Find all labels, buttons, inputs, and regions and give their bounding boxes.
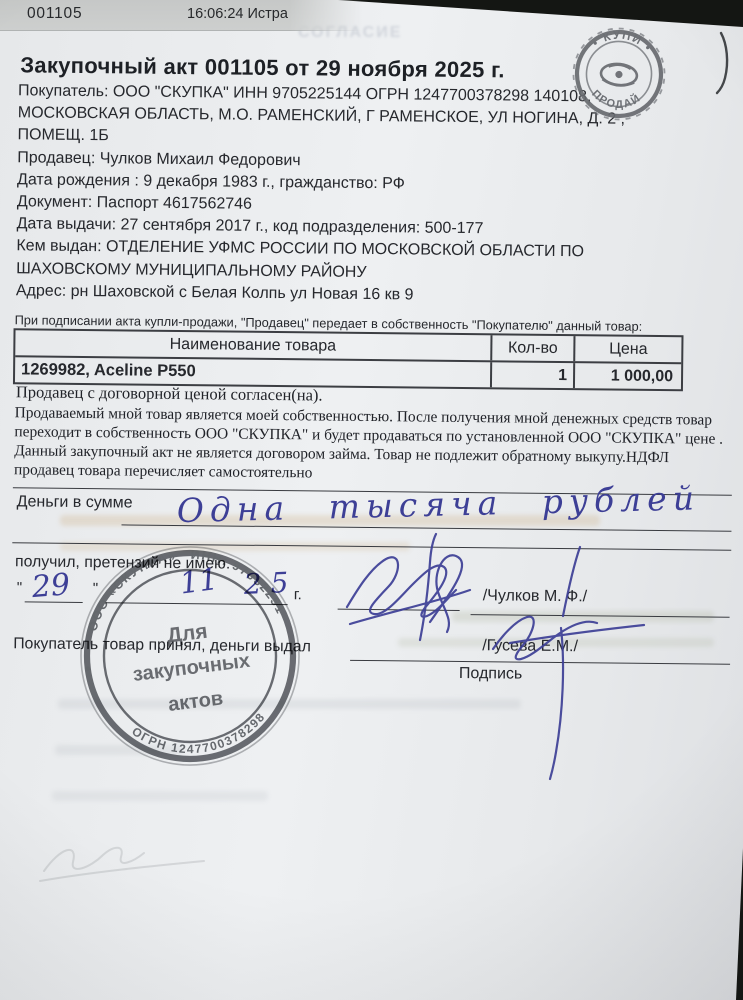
stamp-center-line1: Для	[166, 620, 209, 648]
cell-item-qty: 1	[490, 362, 573, 388]
kupi-prodai-logo-icon: • КУПИ • ПРОДАЙ	[567, 22, 670, 125]
stamp-center-line2: закупочных	[132, 650, 251, 686]
signature-caption: Подпись	[459, 665, 523, 684]
header-name: Наименование товара	[15, 330, 490, 360]
terms-paragraph: Продаваемый мной товар является моей соб…	[14, 403, 731, 486]
header-qty: Кол-во	[490, 335, 573, 361]
stamp-center-line3: актов	[167, 687, 224, 716]
seller-name: /Чулков М. Ф./	[483, 587, 588, 606]
cell-item-price: 1 000,00	[573, 363, 681, 389]
seller-name-line	[471, 614, 730, 618]
date-open-quote: "	[17, 579, 23, 596]
goods-table: Наименование товара Кол-во Цена 1269982,…	[13, 328, 684, 391]
stamp-org-text: ООО «СКУПКА»	[77, 549, 185, 635]
header-price: Цена	[573, 336, 681, 362]
document-content: Закупочный акт 001105 от 29 ноября 2025 …	[0, 0, 743, 1000]
company-stamp: ООО «СКУПКА» ИНН: 9705225144 ОГРН 124770…	[61, 527, 320, 786]
buyer-name: /Гусева Е.М./	[482, 637, 578, 656]
buyer-signature-line	[350, 660, 730, 665]
handwritten-amount: Одна тысяча рублей	[176, 478, 700, 530]
seller-signature-line	[338, 609, 460, 611]
document-photo: СОГЛАСИЕ 001105 16:06:24 Истра • КУПИ • …	[0, 0, 743, 1000]
agreement-line: Продавец с договорной ценой согласен(на)…	[16, 382, 323, 405]
money-label: Деньги в сумме	[17, 493, 133, 512]
document-title: Закупочный акт 001105 от 29 ноября 2025 …	[20, 52, 505, 83]
svg-text:ООО «СКУПКА»: ООО «СКУПКА»	[77, 549, 185, 635]
